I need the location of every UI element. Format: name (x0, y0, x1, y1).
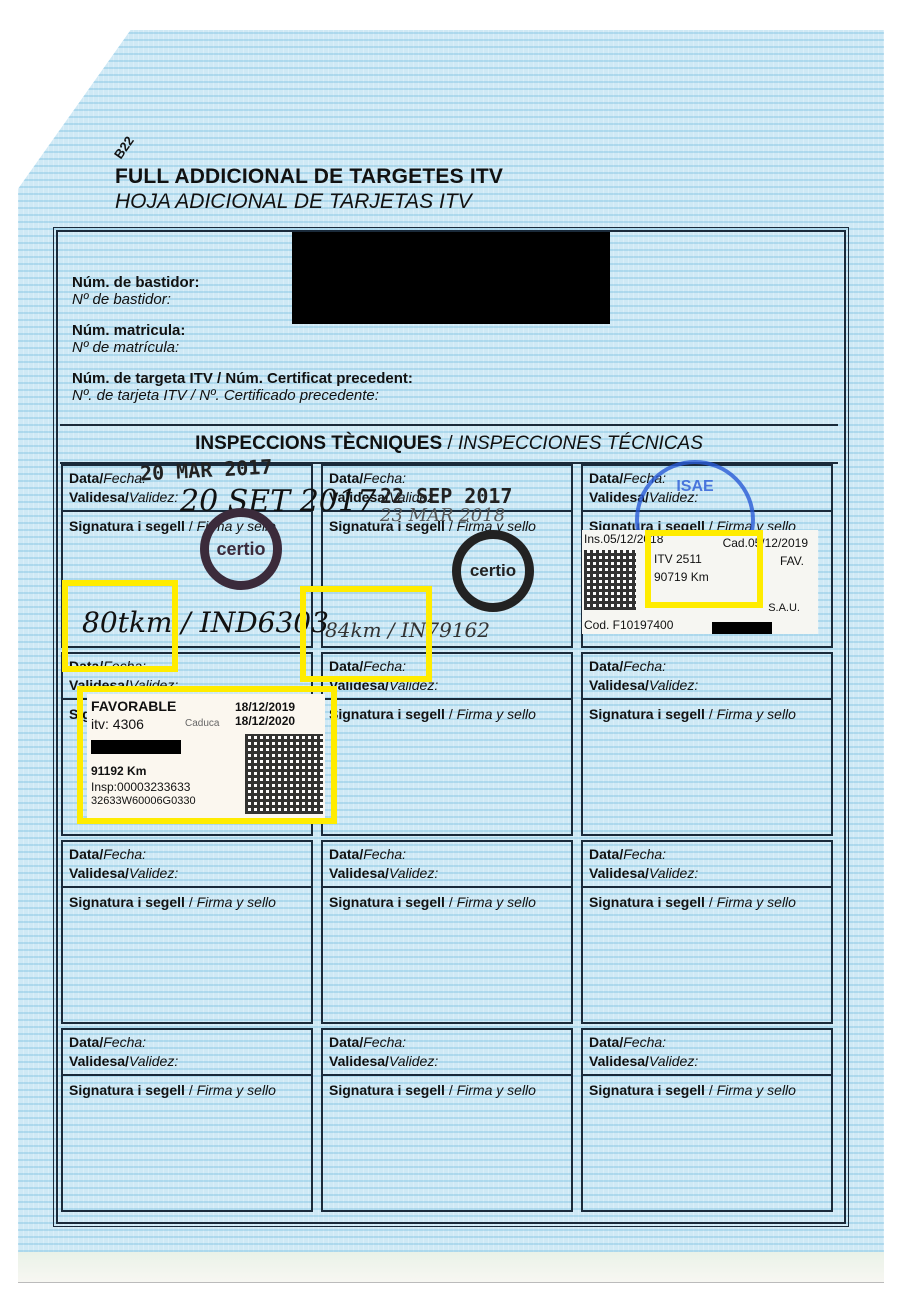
redacted-sticker-field (712, 622, 772, 634)
qr-code (584, 550, 636, 610)
title-catalan: FULL ADDICIONAL DE TARGETES ITV (115, 165, 503, 189)
inspection-cell: Data/Fecha:Validesa/Validez:Signatura i … (321, 840, 573, 1024)
highlight-km-3 (645, 530, 763, 608)
field-bastidor: Núm. de bastidor: Nº de bastidor: (72, 274, 200, 308)
certio-stamp-1: certio (200, 508, 282, 590)
signature-block: Signatura i segell / Firma y sello (583, 1076, 831, 1104)
inspection-cell: Data/Fecha:Validesa/Validez:Signatura i … (61, 840, 313, 1024)
handwritten-validity-2: 23 MAR 2018 (380, 505, 505, 526)
field-targeta: Núm. de targeta ITV / Núm. Certificat pr… (72, 370, 413, 404)
signature-block: Signatura i segell / Firma y sello (63, 1076, 311, 1104)
date-validity-block: Data/Fecha:Validesa/Validez: (63, 1030, 311, 1076)
date-validity-block: Data/Fecha:Validesa/Validez: (583, 1030, 831, 1076)
signature-block: Signatura i segell / Firma y sello (323, 888, 571, 916)
section-header: INSPECCIONS TÈCNIQUES / INSPECCIONES TÉC… (60, 424, 838, 464)
date-validity-block: Data/Fecha:Validesa/Validez: (63, 842, 311, 888)
highlight-km-2 (300, 586, 432, 682)
signature-block: Signatura i segell / Firma y sello (323, 700, 571, 728)
highlight-km-1 (62, 580, 178, 672)
date-validity-block: Data/Fecha:Validesa/Validez: (323, 842, 571, 888)
inspection-cell: Data/Fecha:Validesa/Validez:Signatura i … (581, 652, 833, 836)
redacted-vin (292, 232, 610, 324)
date-validity-block: Data/Fecha:Validesa/Validez: (583, 654, 831, 700)
sheet-bottom-edge (18, 1252, 884, 1283)
date-validity-block: Data/Fecha:Validesa/Validez: (583, 842, 831, 888)
title-spanish: HOJA ADICIONAL DE TARJETAS ITV (115, 190, 503, 214)
signature-block: Signatura i segell / Firma y sello (63, 888, 311, 916)
signature-block: Signatura i segell / Firma y sello (323, 1076, 571, 1104)
inspection-cell: Data/Fecha:Validesa/Validez:Signatura i … (581, 1028, 833, 1212)
highlight-km-4 (77, 686, 337, 824)
inspection-cell: Data/Fecha:Validesa/Validez:Signatura i … (581, 840, 833, 1024)
signature-block: Signatura i segell / Firma y sello (583, 888, 831, 916)
date-validity-block: Data/Fecha:Validesa/Validez: (323, 1030, 571, 1076)
handwritten-validity-1: 20 SET 2017 (180, 484, 376, 519)
inspection-cell: Data/Fecha:Validesa/Validez:Signatura i … (321, 1028, 573, 1212)
certio-stamp-2: certio (452, 530, 534, 612)
inspection-cell: Data/Fecha:Validesa/Validez:Signatura i … (61, 1028, 313, 1212)
field-matricula: Núm. matricula: Nº de matrícula: (72, 322, 185, 356)
signature-block: Signatura i segell / Firma y sello (583, 700, 831, 728)
document-title: FULL ADDICIONAL DE TARGETES ITV HOJA ADI… (115, 165, 503, 214)
